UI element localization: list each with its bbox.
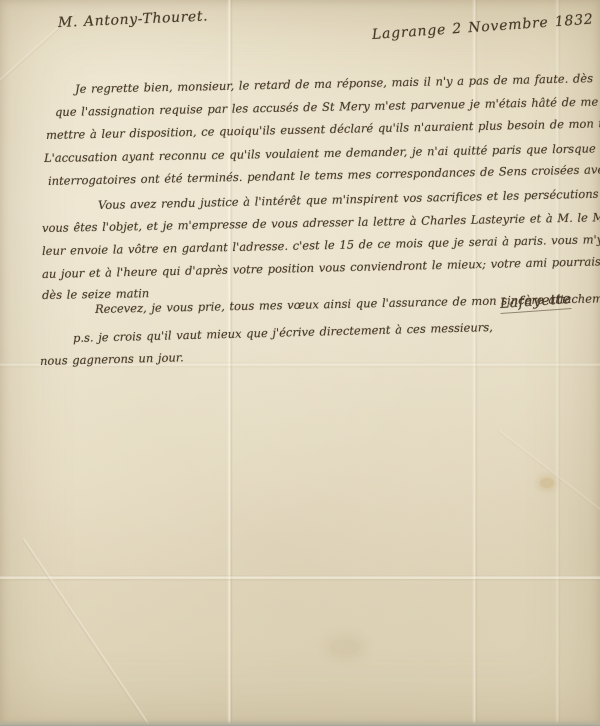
scanner-edge <box>0 720 600 726</box>
letter-line: dès le seize matin <box>42 286 149 302</box>
scanned-letter: M. Antony-Thouret. Lagrange 2 Novembre 1… <box>0 0 600 726</box>
